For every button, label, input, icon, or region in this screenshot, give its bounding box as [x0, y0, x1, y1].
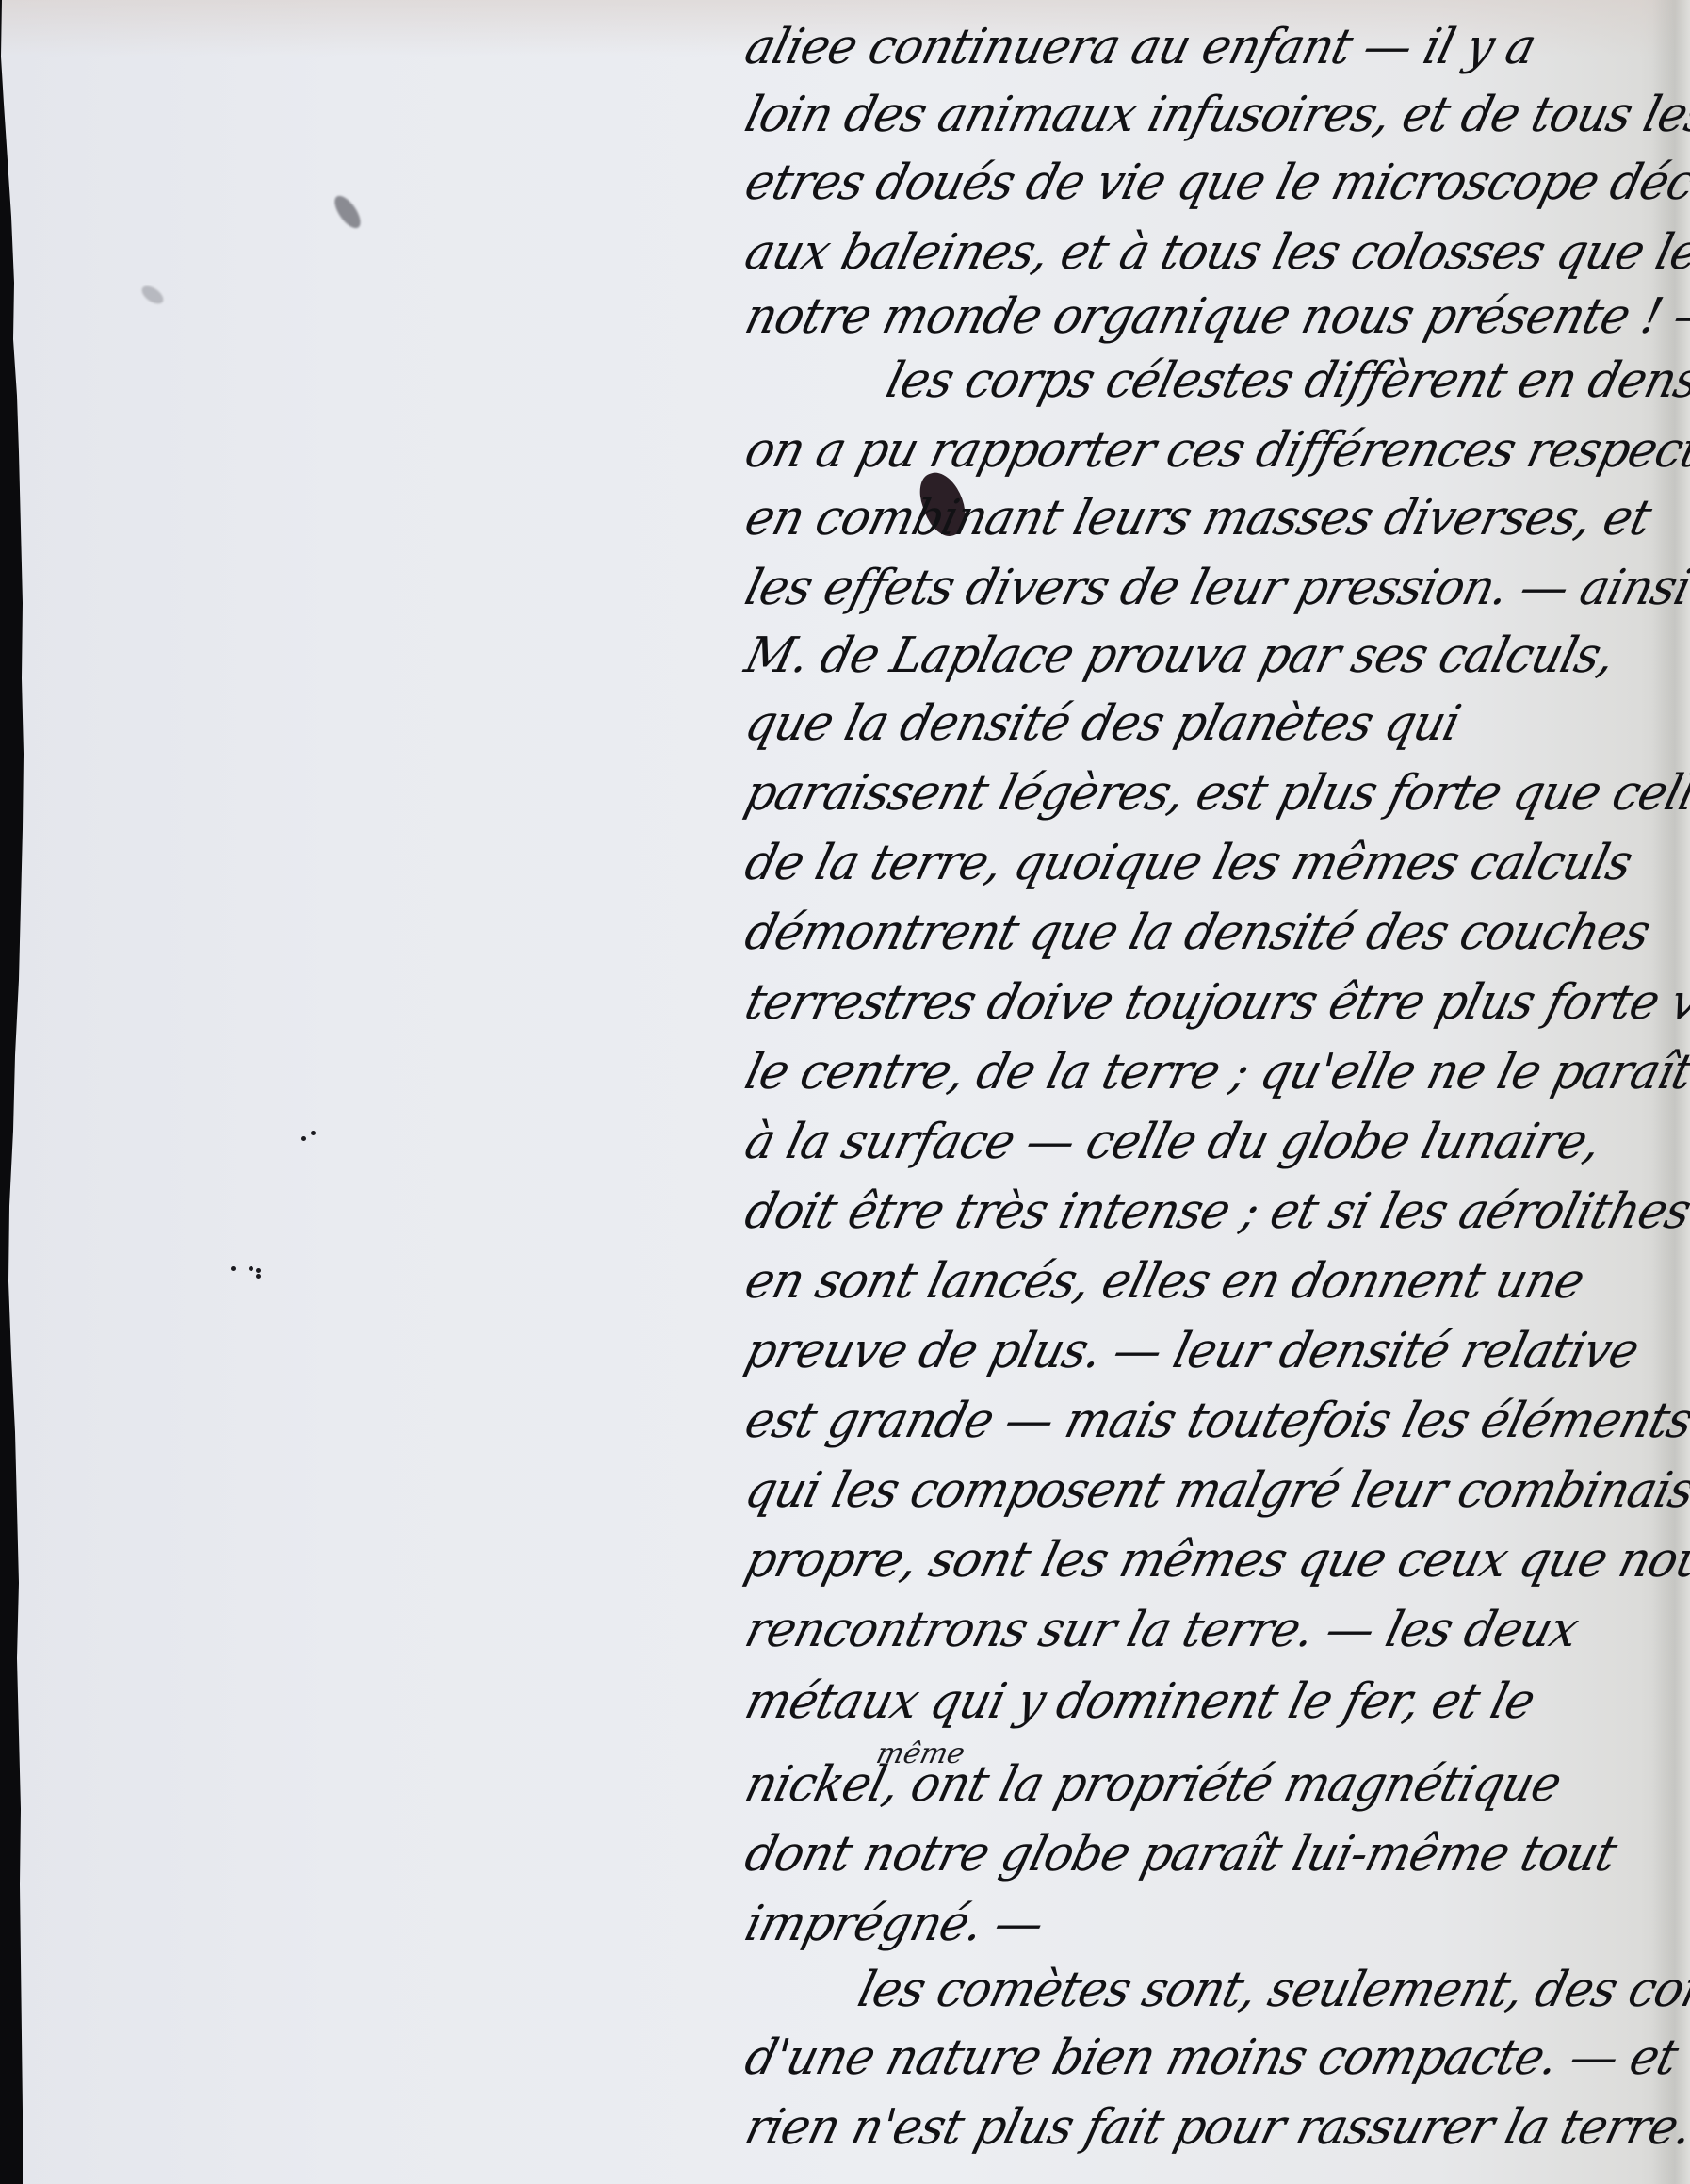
manuscript-line: preuve de plus. — leur densité relative	[740, 1327, 1643, 1376]
manuscript-paragraph-start: les comètes sont, seulement, des corps	[853, 1965, 1690, 2014]
manuscript-line: loin des animaux infusoires, et de tous …	[740, 90, 1690, 139]
manuscript-line: en combinant leurs masses diverses, et	[740, 494, 1655, 543]
ink-speck	[311, 1131, 316, 1135]
ink-smudge	[138, 283, 166, 307]
manuscript-line: notre monde organique nous présente ! —	[740, 292, 1690, 341]
manuscript-line: aux baleines, et à tous les colosses que…	[740, 228, 1690, 277]
manuscript-line: d'une nature bien moins compacte. — et	[740, 2033, 1682, 2082]
manuscript-line: rien n'est plus fait pour rassurer la te…	[740, 2103, 1690, 2152]
manuscript-line: terrestres doive toujours être plus fort…	[740, 978, 1690, 1027]
ink-speck	[249, 1266, 253, 1271]
manuscript-line: que la densité des planètes qui	[740, 699, 1465, 748]
handwritten-text-block: aliee continuera au enfant — il y a loin…	[740, 6, 1673, 2173]
ink-speck	[256, 1268, 261, 1273]
manuscript-line: les effets divers de leur pression. — ai…	[740, 563, 1690, 612]
ink-smudge	[330, 191, 366, 232]
manuscript-line: dont notre globe paraît lui-même tout	[740, 1830, 1621, 1879]
manuscript-line: paraissent légères, est plus forte que c…	[740, 769, 1690, 818]
manuscript-line: à la surface — celle du globe lunaire,	[740, 1117, 1605, 1166]
manuscript-line: on a pu rapporter ces différences respec…	[740, 426, 1690, 475]
manuscript-line: métaux qui y dominent le fer, et le	[740, 1677, 1539, 1726]
manuscript-line: le centre, de la terre ; qu'elle ne le p…	[740, 1048, 1690, 1097]
manuscript-line: est grande — mais toutefois les éléments	[740, 1396, 1690, 1445]
manuscript-line: doit être très intense ; et si les aérol…	[740, 1187, 1690, 1236]
manuscript-line: imprégné. —	[740, 1899, 1048, 1948]
manuscript-paragraph-start: les corps célestes diffèrent en densité,	[882, 356, 1690, 405]
manuscript-line: rencontrons sur la terre. — les deux	[740, 1605, 1583, 1654]
manuscript-line: de la terre, quoique les mêmes calculs	[740, 839, 1636, 888]
manuscript-line: en sont lancés, elles en donnent une	[740, 1257, 1588, 1306]
manuscript-line: M. de Laplace prouva par ses calculs,	[740, 631, 1619, 680]
ink-speck	[256, 1274, 261, 1279]
manuscript-line: propre, sont les mêmes que ceux que nous	[740, 1536, 1690, 1585]
manuscript-line: etres doués de vie que le microscope déc…	[740, 158, 1690, 207]
manuscript-line: aliee continuera au enfant — il y a	[740, 23, 1540, 72]
torn-left-edge	[0, 0, 38, 2184]
manuscript-line: qui les composent malgré leur combinaiso…	[740, 1466, 1690, 1515]
manuscript-line: démontrent que la densité des couches	[740, 908, 1654, 957]
ink-speck	[301, 1136, 306, 1141]
manuscript-line: nickel, ont la propriété magnétique	[740, 1760, 1566, 1809]
manuscript-page: aliee continuera au enfant — il y a loin…	[0, 0, 1690, 2184]
ink-speck	[231, 1266, 236, 1271]
